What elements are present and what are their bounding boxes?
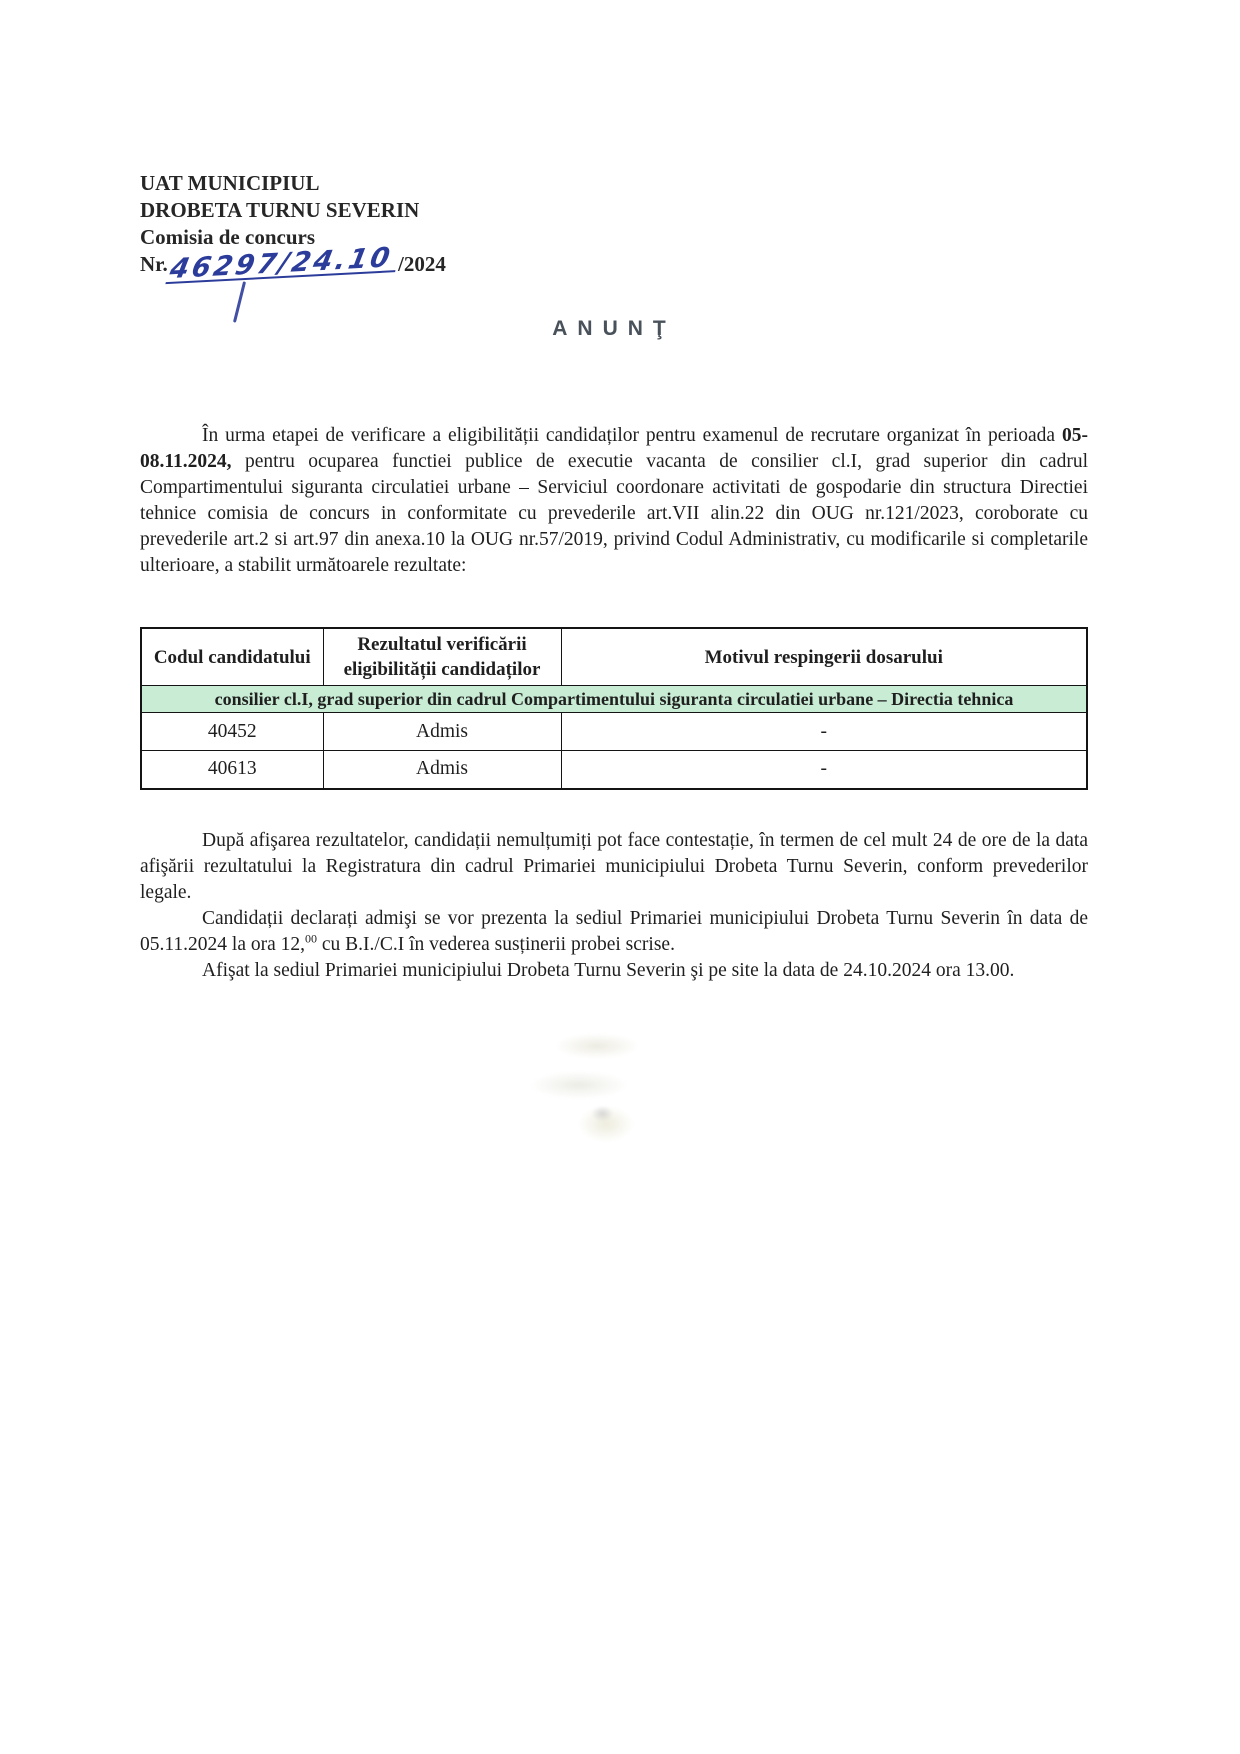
- posting-paragraph: Afişat la sediul Primariei municipiului …: [140, 958, 1088, 984]
- reason-cell: -: [561, 751, 1087, 789]
- position-section-label: consilier cl.I, grad superior din cadrul…: [141, 686, 1087, 713]
- header-eligibility-result: Rezultatul verificării eligibilității ca…: [323, 628, 561, 686]
- letterhead: UAT MUNICIPIUL DROBETA TURNU SEVERIN Com…: [140, 170, 1088, 251]
- faint-stamp-remnant: [498, 1020, 678, 1150]
- written-exam-text-end: cu B.I./C.I în vederea susținerii probei…: [317, 934, 675, 955]
- header-rejection-reason: Motivul respingerii dosarului: [561, 628, 1087, 686]
- position-section-row: consilier cl.I, grad superior din cadrul…: [141, 686, 1087, 713]
- result-cell: Admis: [323, 751, 561, 789]
- contestation-paragraph: După afişarea rezultatelor, candidații n…: [140, 828, 1088, 906]
- candidate-code-cell: 40452: [141, 713, 323, 751]
- header-candidate-code: Codul candidatului: [141, 628, 323, 686]
- org-name-line1: UAT MUNICIPIUL: [140, 170, 1088, 197]
- registration-number-line: Nr.46297/24.10/2024: [140, 251, 1088, 285]
- scanned-document-page: UAT MUNICIPIUL DROBETA TURNU SEVERIN Com…: [0, 0, 1240, 1754]
- intro-paragraph: În urma etapei de verificare a eligibili…: [140, 423, 1088, 579]
- org-name-line2: DROBETA TURNU SEVERIN: [140, 197, 1088, 224]
- candidate-code-cell: 40613: [141, 751, 323, 789]
- intro-text-start: În urma etapei de verificare a eligibili…: [202, 425, 1062, 446]
- results-table-header: Codul candidatului Rezultatul verificări…: [141, 628, 1087, 686]
- written-exam-paragraph: Candidații declarați admişi se vor preze…: [140, 906, 1088, 958]
- nr-label: Nr.: [140, 252, 168, 276]
- committee-line: Comisia de concurs: [140, 224, 1088, 251]
- handwritten-registration-number: 46297/24.10: [165, 246, 400, 284]
- reason-cell: -: [561, 713, 1087, 751]
- document-content: UAT MUNICIPIUL DROBETA TURNU SEVERIN Com…: [140, 170, 1088, 984]
- result-cell: Admis: [323, 713, 561, 751]
- results-table: Codul candidatului Rezultatul verificări…: [140, 627, 1088, 790]
- document-title: ANUNŢ: [140, 317, 1088, 341]
- results-table-body: consilier cl.I, grad superior din cadrul…: [141, 686, 1087, 789]
- table-header-row: Codul candidatului Rezultatul verificări…: [141, 628, 1087, 686]
- table-row: 40452 Admis -: [141, 713, 1087, 751]
- table-row: 40613 Admis -: [141, 751, 1087, 789]
- intro-text-end: pentru ocuparea functiei publice de exec…: [140, 451, 1088, 576]
- hour-superscript: 00: [305, 931, 317, 945]
- nr-year: /2024: [398, 252, 446, 276]
